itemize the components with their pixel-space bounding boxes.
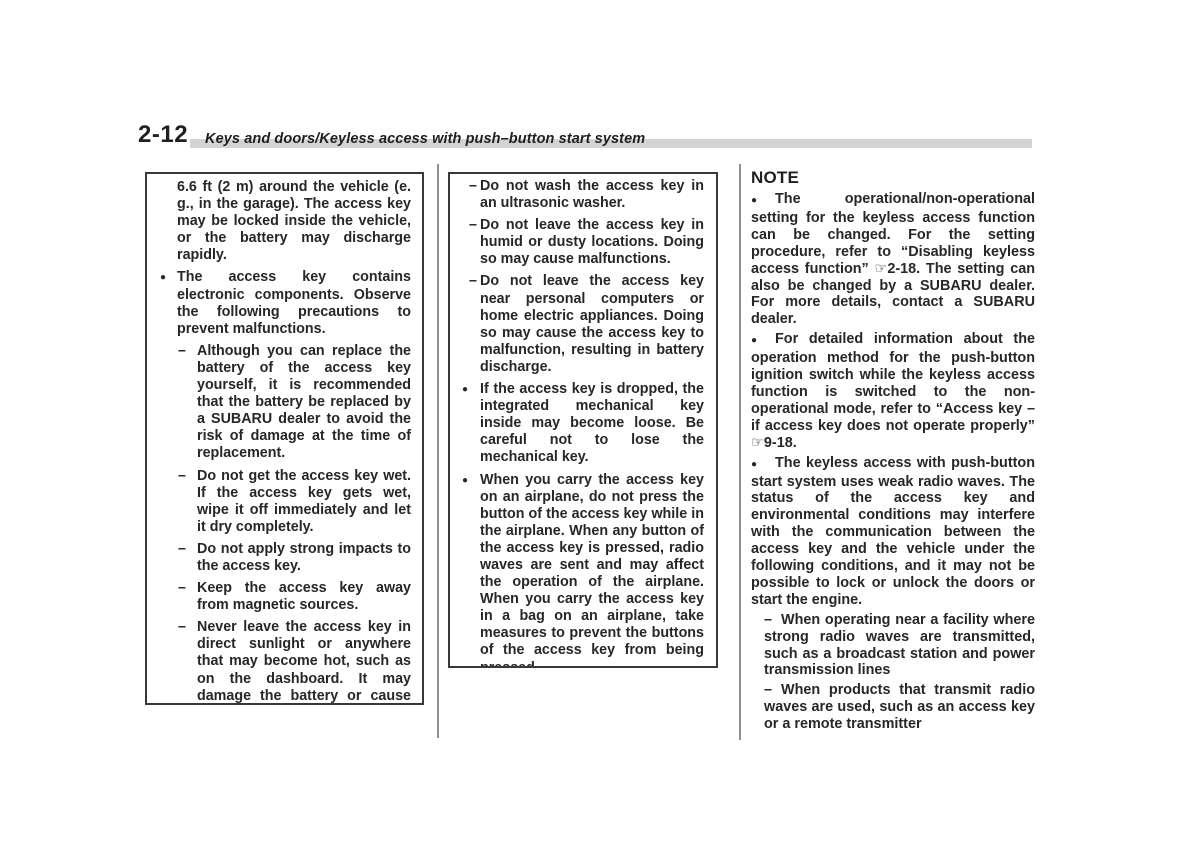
dash-marker: – [469, 217, 477, 234]
note-bullet-item: ●For detailed information about the oper… [751, 331, 1035, 451]
dash-item: – Do not leave the access key in humid o… [462, 217, 704, 268]
dash-marker: – [178, 619, 186, 636]
dash-marker: – [178, 468, 186, 485]
section-title: Keys and doors/Keyless access with push–… [205, 131, 1045, 147]
note-dash-item: –When products that transmit radio waves… [764, 682, 1035, 733]
dash-text: Do not apply strong impacts to the acces… [197, 541, 411, 574]
manual-page: 2-12 Keys and doors/Keyless access with … [0, 0, 1200, 863]
dash-text: Do not wash the access key in an ultraso… [480, 178, 704, 211]
note-dash-item: –When operating near a facility where st… [764, 612, 1035, 680]
dash-marker: – [178, 541, 186, 558]
caution-box-2: – Do not wash the access key in an ultra… [448, 172, 718, 668]
bullet-marker: ● [751, 333, 775, 350]
column-divider-left [437, 164, 439, 738]
bullet-marker: ● [462, 381, 468, 398]
dash-marker: – [764, 612, 781, 629]
bullet-marker: ● [160, 269, 166, 286]
dash-item: – Do not apply strong impacts to the acc… [159, 541, 411, 575]
bullet-text: When you carry the access key on an airp… [480, 472, 704, 669]
dash-item: – Do not get the access key wet. If the … [159, 468, 411, 536]
note-text: The operational/non-operational setting … [751, 191, 1035, 327]
note-text: The keyless access with push-button star… [751, 455, 1035, 608]
dash-text: Do not leave the access key in humid or … [480, 217, 704, 267]
bullet-marker: ● [751, 193, 775, 210]
note-bullet-item: ●The operational/non-operational setting… [751, 191, 1035, 328]
bullet-item: ● When you carry the access key on an ai… [462, 472, 704, 669]
note-text: For detailed information about the opera… [751, 331, 1035, 450]
dash-item: – Although you can replace the battery o… [159, 343, 411, 463]
bullet-item: ● If the access key is dropped, the inte… [462, 381, 704, 466]
dash-text: Keep the access key away from magnetic s… [197, 580, 411, 613]
bullet-marker: ● [751, 457, 775, 474]
dash-item: – Never leave the access key in direct s… [159, 619, 411, 705]
caution-box-1: 6.6 ft (2 m) around the vehicle (e. g., … [145, 172, 424, 705]
dash-marker: – [469, 178, 477, 195]
bullet-text: If the access key is dropped, the integr… [480, 381, 704, 465]
note-bullet-item: ●The keyless access with push-button sta… [751, 455, 1035, 609]
dash-marker: – [178, 343, 186, 360]
bullet-marker: ● [462, 472, 468, 489]
dash-item: – Do not leave the access key near perso… [462, 273, 704, 376]
bullet-text: The access key contains electronic compo… [177, 269, 411, 336]
dash-text: Do not get the access key wet. If the ac… [197, 468, 411, 535]
paragraph-text: 6.6 ft (2 m) around the vehicle (e. g., … [177, 179, 411, 263]
bullet-item: ● The access key contains electronic com… [159, 269, 411, 337]
note-text: When products that transmit radio waves … [764, 682, 1035, 732]
dash-text: Do not leave the access key near persona… [480, 273, 704, 374]
dash-marker: – [469, 273, 477, 290]
paragraph: 6.6 ft (2 m) around the vehicle (e. g., … [159, 179, 411, 264]
note-heading: NOTE [751, 168, 1035, 188]
note-text: When operating near a facility where str… [764, 612, 1035, 679]
dash-item: – Keep the access key away from magnetic… [159, 580, 411, 614]
page-number: 2-12 [138, 121, 188, 149]
column-divider-right [739, 164, 741, 740]
dash-text: Although you can replace the battery of … [197, 343, 411, 462]
dash-marker: – [178, 580, 186, 597]
dash-item: – Do not wash the access key in an ultra… [462, 178, 704, 212]
dash-text: Never leave the access key in direct sun… [197, 619, 411, 705]
dash-marker: – [764, 682, 781, 699]
note-column: NOTE ●The operational/non-operational se… [751, 168, 1035, 736]
